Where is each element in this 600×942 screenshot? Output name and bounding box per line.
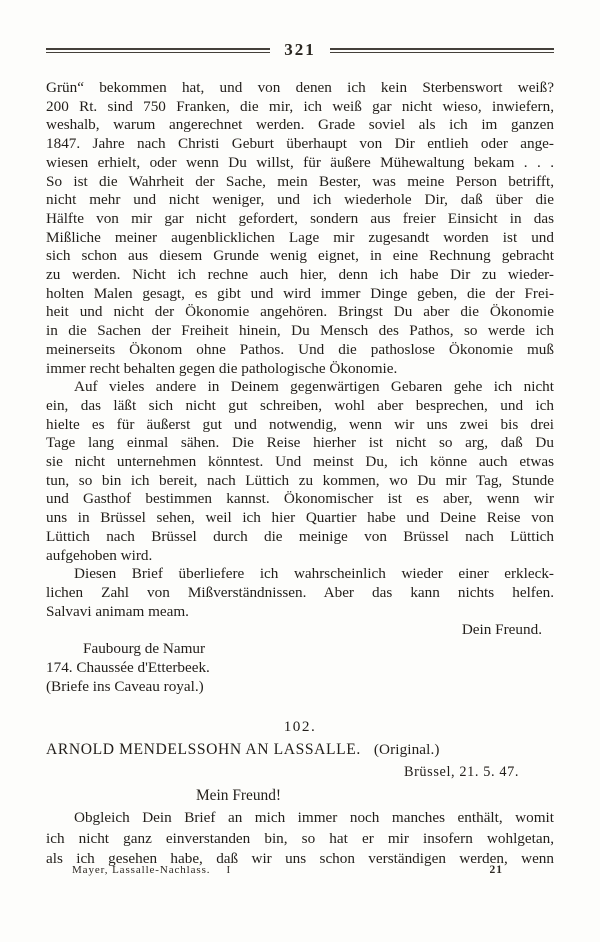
text-line: ich nicht ganz einverstanden bin, so hat…	[46, 829, 554, 850]
text-line: zu werden. Nicht ich rechne auch hier, d…	[46, 266, 554, 285]
citation-text: Mayer, Lassalle-Nachlass.	[72, 864, 210, 876]
text-line: lichen Zahl von Mißverständnissen. Aber …	[46, 584, 554, 603]
letter-section: 102. ARNOLD MENDELSSOHN AN LASSALLE.(Ori…	[46, 717, 554, 870]
text-line: meinerseits Ökonom ohne Pathos. Und die …	[46, 341, 554, 360]
text-line: 200 Rt. sind 750 Franken, die mir, ich w…	[46, 98, 554, 117]
text-line: uns in Brüssel sehen, weil ich hier Quar…	[46, 509, 554, 528]
text-line: in die Sachen der Freiheit hinein, Du Me…	[46, 322, 554, 341]
address-line: 174. Chaussée d'Etterbeek.	[46, 659, 554, 678]
header-rule-left	[46, 48, 270, 53]
paragraph: Grün“ bekommen hat, und von denen ich ke…	[46, 79, 554, 378]
text-line: Tage lang einmal sähen. Die Reise hierhe…	[46, 434, 554, 453]
text-line: weshalb, warum angerechnet werden. Grade…	[46, 116, 554, 135]
text-line: Auf vieles andere in Deinem gegenwärtige…	[46, 378, 554, 397]
text-line: immer recht behalten gegen die pathologi…	[46, 360, 554, 379]
text-line: aufgehoben wird.	[46, 547, 554, 566]
header-rule-right	[330, 48, 554, 53]
letter-heading-note: (Original.)	[374, 741, 440, 758]
text-line: Mißliche meiner augenblicklichen Lage mi…	[46, 229, 554, 248]
paragraph: Auf vieles andere in Deinem gegenwärtige…	[46, 378, 554, 565]
letter-heading-title: ARNOLD MENDELSSOHN AN LASSALLE.	[46, 741, 361, 758]
sender-address: Faubourg de Namur 174. Chaussée d'Etterb…	[46, 640, 554, 696]
paragraph: Diesen Brief überliefere ich wahrscheinl…	[46, 565, 554, 621]
text-line: Lüttich nach Brüssel durch die meinige v…	[46, 528, 554, 547]
text-line: und Gasthof bestimmen kannst. Ökonomisch…	[46, 490, 554, 509]
page-number: 321	[270, 40, 330, 60]
text-line: nicht mehr und nicht weniger, und ich wi…	[46, 191, 554, 210]
page-footer: Mayer, Lassalle-Nachlass. I 21	[72, 864, 503, 876]
text-line: sich schon aus diesem Grunde wenig eigne…	[46, 247, 554, 266]
text-line: Salvavi animam meam.	[46, 603, 554, 622]
text-line: Grün“ bekommen hat, und von denen ich ke…	[46, 79, 554, 98]
text-line: wiesen erhielt, oder wenn Du willst, für…	[46, 154, 554, 173]
text-line: hielte es für äußerst gut und notwendig,…	[46, 416, 554, 435]
text-line: holten Malen gesagt, es gibt und wird im…	[46, 285, 554, 304]
letter-body: Grün“ bekommen hat, und von denen ich ke…	[46, 79, 554, 696]
text-line: sie nicht unternehmen könntest. Und mein…	[46, 453, 554, 472]
letter-heading: ARNOLD MENDELSSOHN AN LASSALLE.(Original…	[46, 739, 554, 760]
address-line: (Briefe ins Caveau royal.)	[46, 678, 554, 697]
signature-number: 21	[490, 864, 504, 876]
text-line: 1847. Jahre nach Christi Geburt überhaup…	[46, 135, 554, 154]
letter-signoff: Dein Freund.	[46, 621, 554, 640]
dateline: Brüssel, 21. 5. 47.	[46, 763, 554, 782]
footer-citation: Mayer, Lassalle-Nachlass. I	[72, 864, 231, 876]
letter-number: 102.	[46, 717, 554, 737]
text-line: ein, das läßt sich nicht gut schreiben, …	[46, 397, 554, 416]
text-line: Diesen Brief überliefere ich wahrscheinl…	[46, 565, 554, 584]
text-line: So ist die Wahrheit der Sache, mein Best…	[46, 173, 554, 192]
address-line: Faubourg de Namur	[46, 640, 554, 659]
text-line: heit und nicht der Ökonomie angehören. B…	[46, 303, 554, 322]
salutation: Mein Freund!	[46, 786, 554, 805]
paragraph: Obgleich Dein Brief an mich immer noch m…	[46, 808, 554, 870]
text-line: tun, so bin ich bereit, nach Lüttich zu …	[46, 472, 554, 491]
book-page: 321 Grün“ bekommen hat, und von denen ic…	[0, 0, 600, 942]
text-line: Obgleich Dein Brief an mich immer noch m…	[46, 808, 554, 829]
running-head: 321	[46, 40, 554, 60]
volume-numeral: I	[226, 864, 231, 876]
text-line: Hälfte von mir gar nicht gefordert, sond…	[46, 210, 554, 229]
